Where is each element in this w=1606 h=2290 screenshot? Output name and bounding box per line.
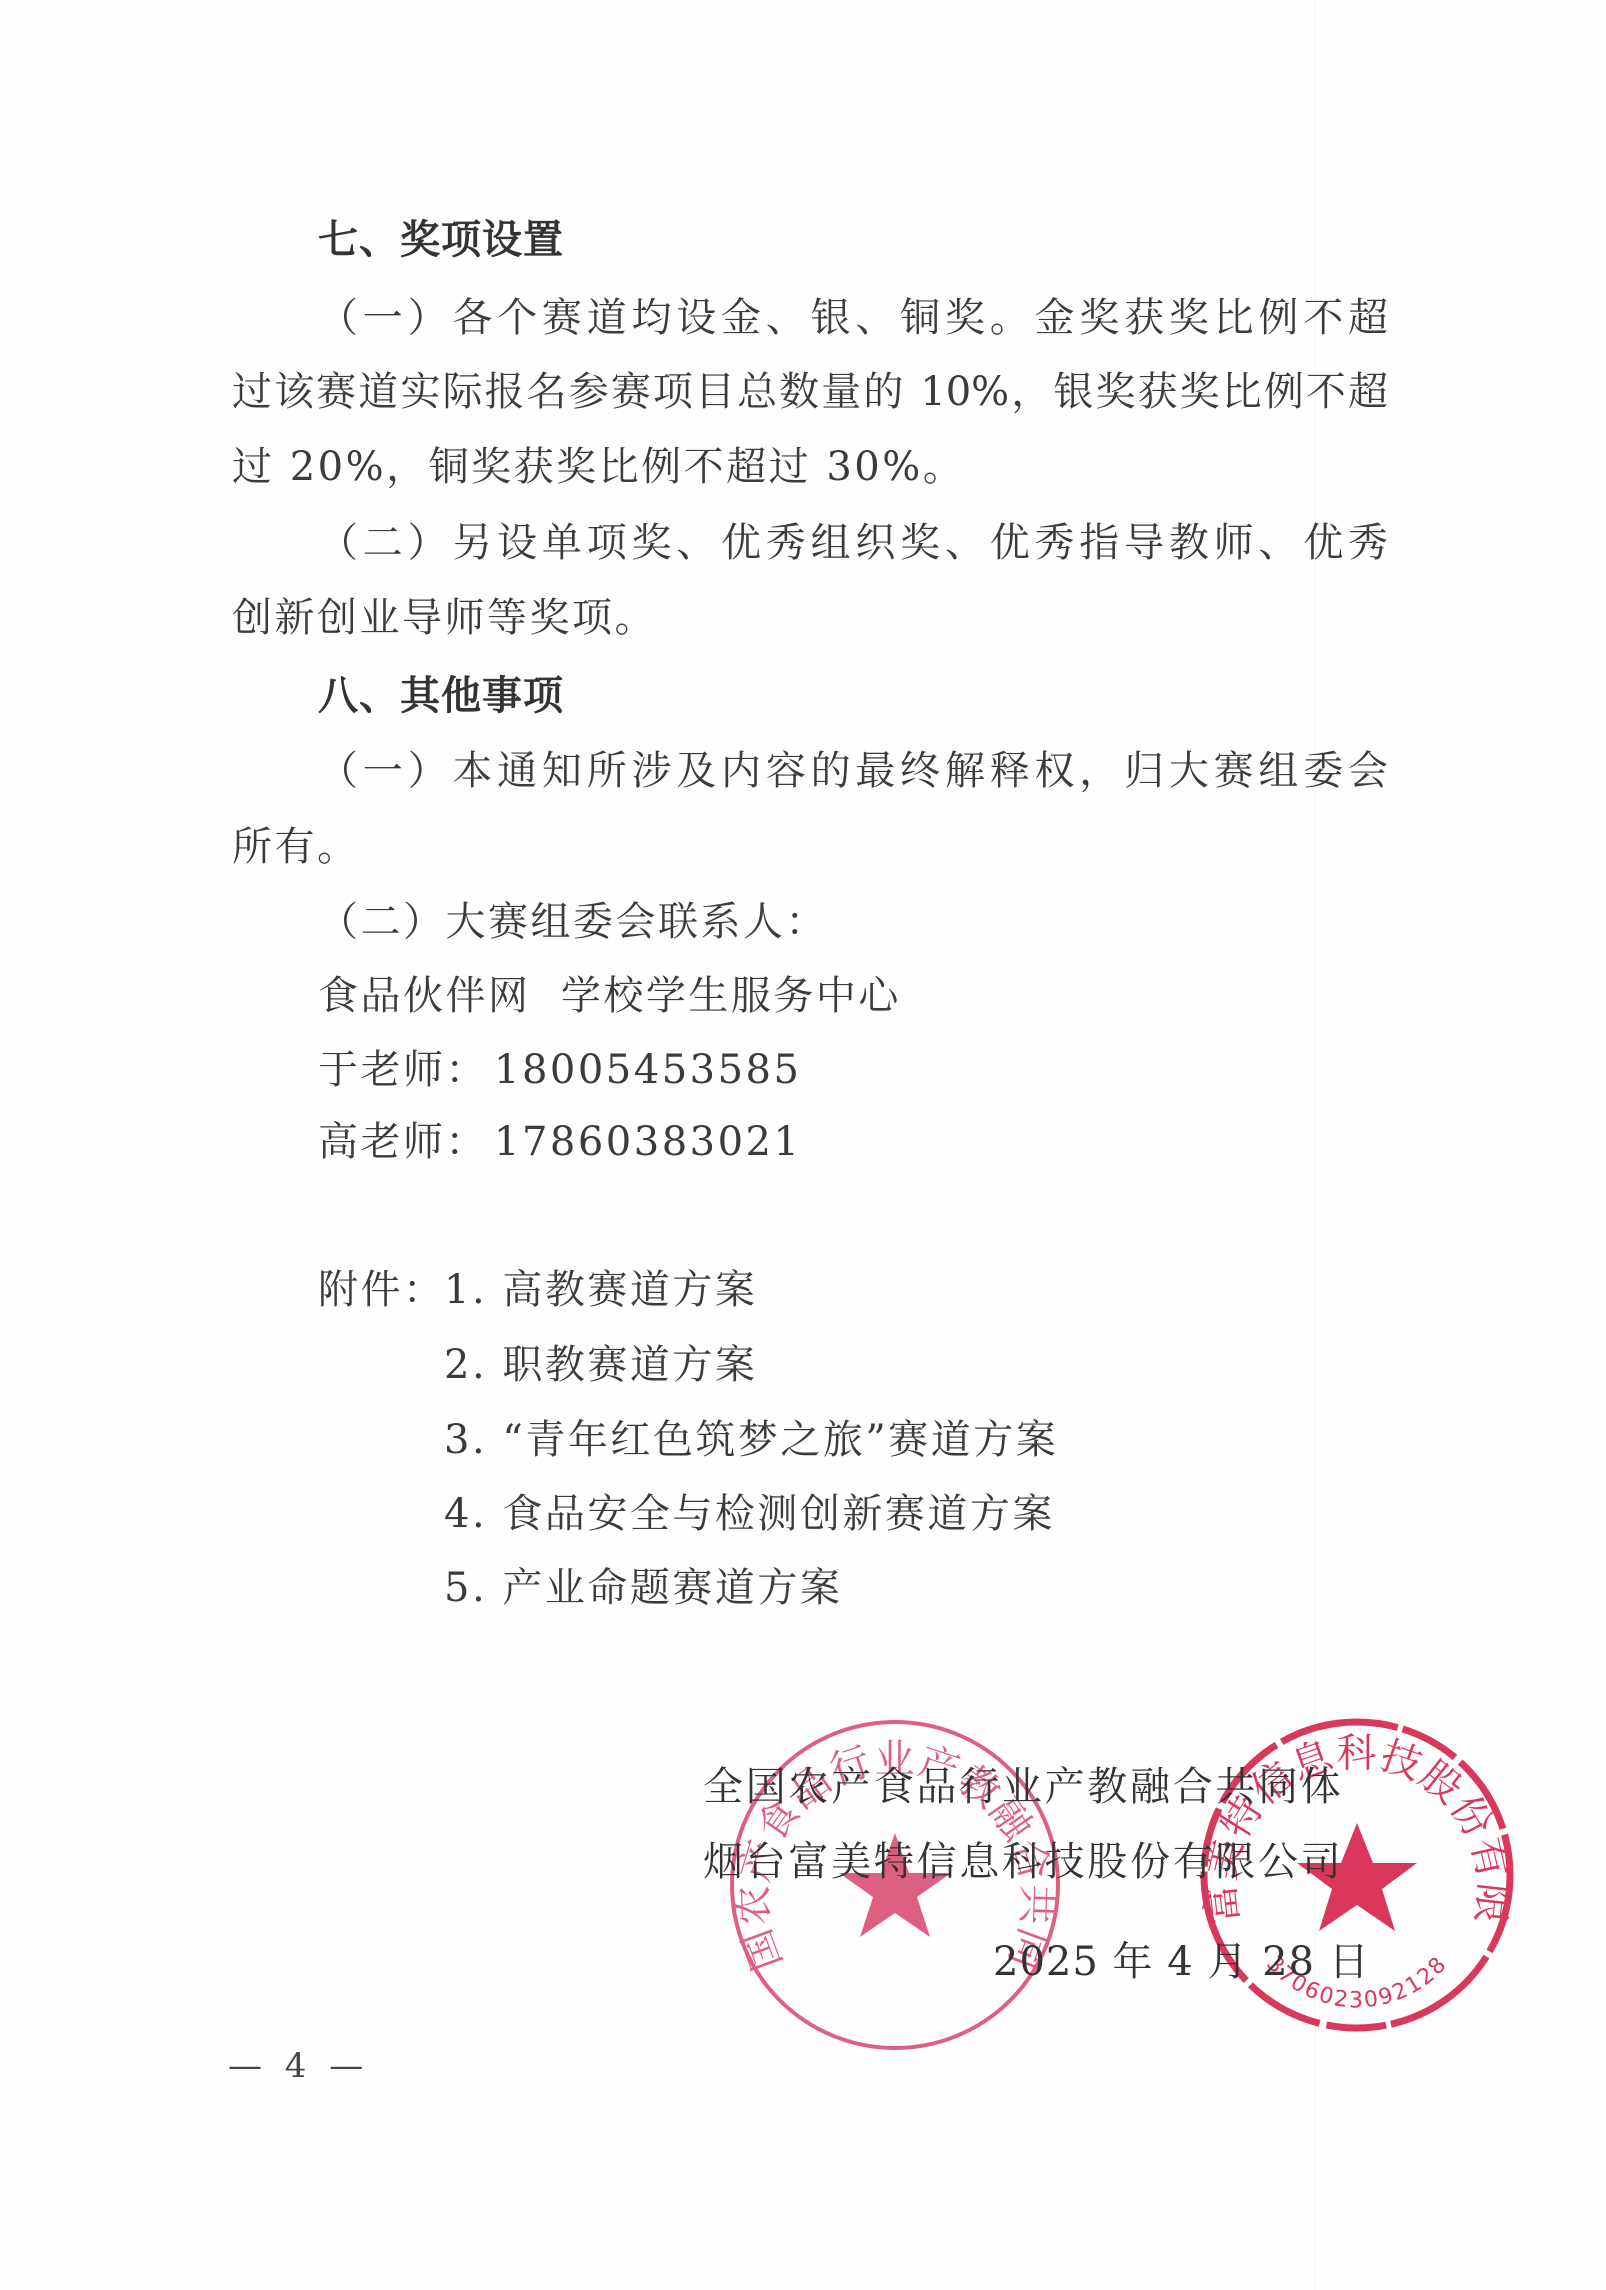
paragraph-line: （一）本通知所涉及内容的最终解释权，归大赛组委会 bbox=[318, 747, 1388, 795]
signature-org-2: 烟台富美特信息科技股份有限公司 bbox=[703, 1838, 1344, 1886]
page-number: — 4 — bbox=[228, 2046, 369, 2086]
attachment-item: 4. 食品安全与检测创新赛道方案 bbox=[444, 1490, 1055, 1538]
signature-date: 2025 年 4 月 28 日 bbox=[993, 1938, 1370, 1986]
contact-phone: 18005453585 bbox=[494, 1047, 801, 1093]
contact-person: 高老师：17860383021 bbox=[318, 1118, 801, 1166]
contact-person: 于老师：18005453585 bbox=[318, 1046, 801, 1094]
contact-phone: 17860383021 bbox=[494, 1119, 801, 1165]
contact-label: 高老师： bbox=[318, 1119, 488, 1165]
section-heading-awards: 七、奖项设置 bbox=[318, 216, 564, 264]
attachment-item: 1. 高教赛道方案 bbox=[444, 1266, 757, 1314]
paragraph-line: 创新创业导师等奖项。 bbox=[232, 594, 657, 642]
paragraph-line: （一）各个赛道均设金、银、铜奖。金奖获奖比例不超 bbox=[318, 294, 1388, 342]
paragraph-line: 过该赛道实际报名参赛项目总数量的 10%，银奖获奖比例不超 bbox=[232, 368, 1388, 416]
attachment-item: 3. “青年红色筑梦之旅”赛道方案 bbox=[444, 1416, 1058, 1464]
document-page: 七、奖项设置 （一）各个赛道均设金、银、铜奖。金奖获奖比例不超 过该赛道实际报名… bbox=[0, 0, 1606, 2290]
attachment-item: 2. 职教赛道方案 bbox=[444, 1341, 757, 1389]
paragraph-line: （二）另设单项奖、优秀组织奖、优秀指导教师、优秀 bbox=[318, 519, 1388, 567]
paragraph-line: 过 20%，铜奖获奖比例不超过 30%。 bbox=[232, 443, 965, 491]
section-heading-other: 八、其他事项 bbox=[318, 672, 564, 720]
attachment-item: 5. 产业命题赛道方案 bbox=[444, 1564, 842, 1612]
signature-org-1: 全国农产食品行业产教融合共同体 bbox=[703, 1763, 1344, 1811]
paragraph-line: （二）大赛组委会联系人： bbox=[318, 898, 828, 946]
attachments-label: 附件： bbox=[318, 1266, 446, 1314]
contact-organization: 食品伙伴网 学校学生服务中心 bbox=[318, 972, 901, 1020]
paragraph-line: 所有。 bbox=[232, 823, 360, 871]
contact-label: 于老师： bbox=[318, 1047, 488, 1093]
